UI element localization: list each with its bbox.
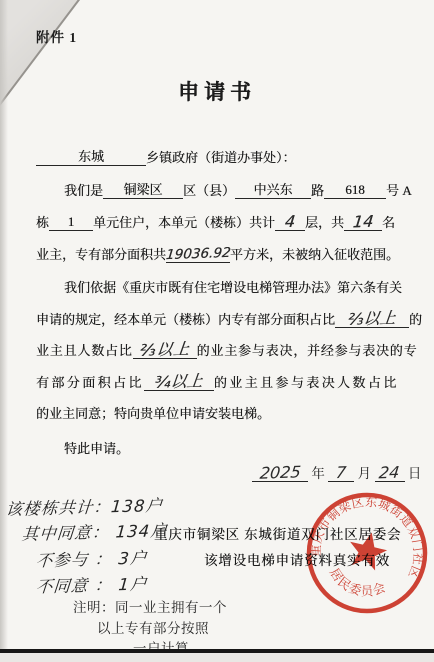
date-day-blank: 24: [375, 464, 405, 482]
line8-text2: 的业主且参与表决人数占比: [214, 375, 399, 390]
ratio2-blank: ⅔以上: [133, 341, 197, 359]
tally-total-note: 该楼栋共计：138户: [5, 492, 164, 520]
road-blank: 中兴东: [235, 181, 311, 199]
body-line-9: 的业主同意；特向贵单位申请安装电梯。: [36, 403, 270, 422]
svg-text:重庆市铜梁区东城街道双门社区: 重庆市铜梁区东城街道双门社区: [306, 483, 434, 582]
line4-text1: 业主，专有部分面积共: [36, 247, 166, 262]
owners-handwritten-value: 14: [352, 213, 374, 231]
district-value: 铜梁区: [124, 182, 163, 197]
ratio1-handwritten-value: ⅔以上: [347, 309, 397, 328]
date-month-label: 月: [358, 466, 372, 481]
line7-text1: 业主且人数占比: [36, 343, 133, 358]
line3-text3: 层，共: [305, 215, 344, 230]
closing-line: 特此申请。: [36, 438, 129, 457]
line3-text4: 名: [382, 215, 395, 230]
ratio1-blank: ⅔以上: [335, 310, 409, 328]
date-year-value: 2025: [259, 463, 302, 481]
date-day-label: 日: [408, 466, 422, 481]
line8-text1: 有部分面积占比: [36, 375, 144, 390]
ratio2-handwritten-value: ⅔以上: [139, 340, 191, 359]
closing-text: 特此申请。: [64, 441, 129, 456]
line3-text1: 栋: [36, 215, 49, 230]
district-blank: 铜梁区: [103, 181, 183, 199]
owners-blank: 14: [344, 213, 382, 231]
footnote-line-1: 注明：同一业主拥有一个: [73, 596, 227, 616]
floors-blank: 4: [275, 213, 305, 231]
body-line-8: 有部分面积占比¾以上的业主且参与表决人数占比: [36, 372, 399, 391]
body-line-3: 栋1单元住户，本单元（楼栋）共计4层，共14名: [36, 212, 395, 231]
scan-bottom-margin: [0, 653, 434, 662]
scanned-application-document: 附件 1 申请书 东城乡镇政府（街道办事处）： 我们是铜梁区区（县）中兴东路61…: [0, 0, 434, 662]
tally-abstain-note: 不参与 ： 3户: [35, 545, 149, 572]
body-line-7: 业主且人数占比⅔以上的业主参与表决，并经参与表决的专: [36, 340, 417, 359]
unit-value: 1: [68, 214, 75, 229]
recipient-value: 东城: [78, 149, 104, 164]
recipient-blank: 东城: [36, 148, 146, 166]
ratio3-handwritten-value: ¾以上: [154, 372, 204, 391]
footnote-line-2: 以上专有部分按照: [97, 617, 209, 637]
body-line-5: 我们依据《重庆市既有住宅增设电梯管理办法》第六条有关: [36, 277, 402, 296]
ratio3-blank: ¾以上: [144, 373, 214, 391]
area-blank: 19036.92: [166, 245, 230, 263]
line5-text: 我们依据《重庆市既有住宅增设电梯管理办法》第六条有关: [64, 280, 402, 295]
line9-text: 的业主同意；特向贵单位申请安装电梯。: [36, 406, 270, 421]
body-line-6: 申请的规定，经本单元（楼栋）内专有部分面积占比⅔以上的: [36, 309, 422, 328]
date-year-blank: 2025: [252, 464, 308, 482]
area-handwritten-value: 19036.92: [165, 245, 231, 264]
line6-text1: 申请的规定，经本单元（楼栋）内专有部分面积占比: [36, 312, 335, 327]
line3-text2: 单元住户，本单元（楼栋）共计: [93, 215, 275, 230]
floors-handwritten-value: 4: [284, 213, 296, 230]
line7-text2: 的业主参与表决，并经参与表决的专: [197, 343, 418, 358]
official-seal: 重庆市铜梁区东城街道双门社区 居民委员会: [289, 475, 434, 631]
road-value: 中兴东: [254, 182, 293, 197]
line2-text2: 区（县）: [183, 183, 235, 198]
line2-text3: 路: [311, 183, 324, 198]
tally-agree-note: 其中同意： 134户: [21, 517, 169, 545]
tally-disagree-note: 不同意 ： 1户: [35, 571, 149, 598]
body-line-4: 业主，专有部分面积共19036.92平方米，未被纳入征收范围。: [36, 244, 399, 263]
unit-blank: 1: [49, 213, 93, 231]
document-title: 申请书: [0, 76, 434, 106]
street-number-blank: 618: [324, 181, 386, 199]
line6-text2: 的: [409, 312, 422, 327]
body-line-2: 我们是铜梁区区（县）中兴东路618号 A: [36, 180, 412, 199]
date-day-value: 24: [378, 464, 400, 482]
seal-star-icon: [345, 528, 390, 572]
attachment-label: 附件 1: [36, 26, 77, 46]
salutation-suffix: 乡镇政府（街道办事处）：: [146, 150, 296, 165]
seal-ring-text: 重庆市铜梁区东城街道双门社区: [306, 483, 434, 582]
salutation-line: 东城乡镇政府（街道办事处）：: [36, 147, 296, 166]
street-number-value: 618: [345, 182, 365, 197]
line2-text4: 号 A: [386, 183, 412, 198]
line2-text1: 我们是: [36, 183, 103, 198]
line4-text2: 平方米，未被纳入征收范围。: [230, 247, 399, 262]
